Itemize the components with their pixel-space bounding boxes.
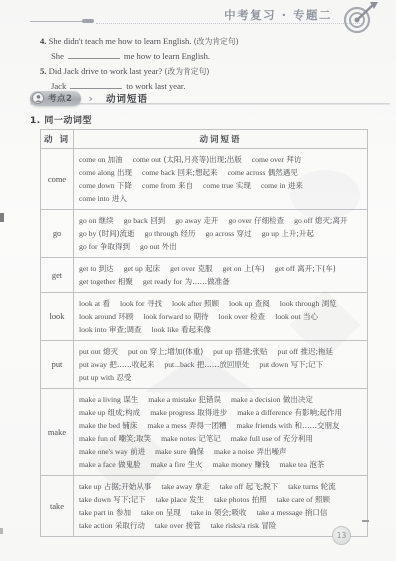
phrase-chinese: 外出 <box>159 242 176 251</box>
phrases-cell: make a living 谋生make a mistake 犯错误make a… <box>74 389 368 476</box>
phrase-chinese: 忍受 <box>114 373 131 382</box>
phrase-chinese: 充分利用 <box>281 434 313 443</box>
phrase-chinese: 走开 <box>201 216 218 225</box>
phrases-cell: get to 到达get up 起床get over 克服get on 上(车)… <box>74 258 368 293</box>
phrase-chinese: 穿过 <box>234 229 251 238</box>
phrase-entry: put up 搭建;张贴 <box>213 345 267 358</box>
phrase-english: come into <box>79 194 110 203</box>
verb-cell: look <box>41 293 74 341</box>
exercise-question: 4. She didn't teach me how to learn Engl… <box>40 34 380 49</box>
phrase-english: come out <box>133 155 161 164</box>
phrase-english: come in <box>261 181 286 190</box>
target-dart-icon <box>340 1 380 35</box>
phrase-entry: look at 看 <box>79 297 110 310</box>
phrase-english: come on <box>79 155 105 164</box>
phrase-chinese: 回到 <box>148 216 165 225</box>
phrase-english: look forward to <box>143 312 191 321</box>
table-row: getget to 到达get up 起床get over 克服get on 上… <box>41 258 368 293</box>
phrase-entry: look forward to 期待 <box>143 310 208 323</box>
phrase-entry: come on 加油 <box>79 153 123 166</box>
phrase-chinese: 起床 <box>143 264 160 273</box>
phrase-entry: come back 回来;想起来 <box>142 166 218 179</box>
phrase-entry: go through 经历 <box>145 227 196 240</box>
phrase-chinese: 浏览 <box>319 299 336 308</box>
phrases-cell: take up 占据;开始从事take away 拿走take off 起飞;脱… <box>74 476 368 537</box>
phrase-entry: look like 看起来像 <box>151 323 211 336</box>
phrase-english: put up with <box>79 373 114 382</box>
phrase-english: look at <box>79 299 100 308</box>
section-badge-label: 考点2 <box>48 92 72 104</box>
phrase-entry: look through 浏览 <box>280 297 337 310</box>
phrase-english: put out <box>79 347 101 356</box>
page-number-badge: 13 <box>332 526 351 545</box>
phrase-english: make progress <box>150 408 195 417</box>
subsection-number: 1. <box>30 116 41 126</box>
phrase-english: get up <box>124 264 143 273</box>
phrase-entry: take up 占据;开始从事 <box>79 480 151 493</box>
phrase-entry: look around 环顾 <box>79 310 133 323</box>
phrase-english: make a living <box>79 395 121 404</box>
phrase-entry: make a difference 有影响;起作用 <box>237 406 342 419</box>
phrase-english: make one's way <box>79 447 128 456</box>
phrase-entry: get together 相聚 <box>79 275 133 288</box>
phrase-chinese: 拿走 <box>192 482 209 491</box>
phrase-english: make a noise <box>214 447 254 456</box>
phrase-english: take action <box>79 521 113 530</box>
phrase-entry: get over 克服 <box>170 262 212 275</box>
phrase-english: come across <box>228 168 266 177</box>
phrase-entry: look out 当心 <box>275 310 318 323</box>
phrase-english: put away <box>79 360 107 369</box>
phrase-chinese: 当心 <box>301 312 318 321</box>
phrase-entry: make a noise 弄出噪声 <box>214 445 287 458</box>
phrase-chinese: 推迟;拖延 <box>298 347 333 356</box>
phrase-chinese: 犯错误 <box>196 395 221 404</box>
phrase-entry: go over 仔细检查 <box>228 214 284 227</box>
phrase-chinese: 看 <box>100 299 110 308</box>
phrase-chinese: (时间)流逝 <box>96 229 134 238</box>
phrase-entry: put...back 把……放回原处 <box>164 358 249 371</box>
phrases-cell: go on 继续go back 回到go away 走开go over 仔细检查… <box>74 210 368 258</box>
column-header-phrases: 动词短语 <box>74 130 368 149</box>
phrase-entry: take on 呈现 <box>141 506 181 519</box>
phrase-chinese: 熄灭 <box>101 347 118 356</box>
phrase-english: come down <box>79 181 115 190</box>
phrase-english: go for <box>79 242 98 251</box>
phrase-english: put up <box>213 347 232 356</box>
phrase-english: make a difference <box>237 408 292 417</box>
phrase-english: make a fire <box>151 460 186 469</box>
phrase-english: get on <box>222 264 241 273</box>
phrase-entry: come from 来自 <box>142 179 193 192</box>
phrase-entry: put away 把……收起来 <box>79 358 154 371</box>
phrase-chinese: 取得进步 <box>195 408 227 417</box>
verb-cell: go <box>41 210 74 258</box>
phrase-entry: go on 继续 <box>79 214 114 227</box>
phrase-english: take off <box>220 482 244 491</box>
phrase-entry: take down 写下;记下 <box>79 493 146 506</box>
phrase-english: take away <box>161 482 192 491</box>
phrase-chinese: 做出决定 <box>280 395 312 404</box>
phrase-entry: make progress 取得进步 <box>150 406 227 419</box>
phrase-entry: put off 推迟;拖延 <box>278 345 334 358</box>
phrase-entry: go for 争取得到 <box>79 240 130 253</box>
phrase-english: take up <box>79 482 101 491</box>
phrase-entry: make one's way 前进 <box>79 445 145 458</box>
phrase-english: get to <box>79 264 96 273</box>
phrase-table: 动 词 动词短语 comecome on 加油come out (太阳,月亮等)… <box>40 129 368 537</box>
phrase-english: make friends with <box>237 421 293 430</box>
phrase-chinese: 实现 <box>233 181 250 190</box>
exercise-note: (改为肯定句) <box>164 67 209 76</box>
phrase-chinese: 前进 <box>128 447 145 456</box>
phrase-english: put...back <box>164 360 194 369</box>
phrase-entry: put out 熄灭 <box>79 345 118 358</box>
phrase-chinese: 把……收起来 <box>107 360 154 369</box>
phrase-entry: come down 下降 <box>79 179 132 192</box>
phrase-english: make up <box>79 408 105 417</box>
phrase-chinese: 到达 <box>96 264 113 273</box>
phrase-chinese: 环顾 <box>116 312 133 321</box>
phrase-chinese: 加油 <box>105 155 122 164</box>
phrase-chinese: 来自 <box>176 181 193 190</box>
exercise-question: 5. Did Jack drive to work last year? (改为… <box>40 64 380 79</box>
phrase-english: make a mess <box>147 421 186 430</box>
phrase-english: come over <box>252 155 284 164</box>
phrase-entry: make tea 泡茶 <box>279 458 324 471</box>
table-row: gogo on 继续go back 回到go away 走开go over 仔细… <box>41 210 368 258</box>
phrase-english: get together <box>79 277 116 286</box>
person-icon <box>32 92 44 104</box>
phrase-entry: come across 偶然遇见 <box>228 166 298 179</box>
phrase-chinese: 生火 <box>185 460 202 469</box>
phrase-english: take risks/a risk <box>211 521 259 530</box>
phrase-chinese: 轮流 <box>318 482 335 491</box>
phrase-english: come back <box>142 168 175 177</box>
footer-dash <box>362 520 369 522</box>
header-rule-arrow <box>82 19 94 23</box>
verb-cell: make <box>41 389 74 476</box>
section-title: 动词短语 <box>106 94 148 105</box>
edge-mark <box>0 213 4 222</box>
phrase-english: go across <box>205 229 234 238</box>
phrase-entry: go away 走开 <box>175 214 218 227</box>
phrase-chinese: 下降 <box>115 181 132 190</box>
phrase-chinese: 检查 <box>248 312 265 321</box>
phrase-entry: make sure 确保 <box>155 445 204 458</box>
phrase-chinese: 相聚 <box>116 277 133 286</box>
phrase-english: make money <box>213 460 253 469</box>
phrase-chinese: 上(车) <box>241 264 264 273</box>
phrases-cell: look at 看look for 寻找look after 照顾look up… <box>74 293 368 341</box>
answer-blank <box>70 79 122 89</box>
phrase-entry: come along 出现 <box>79 166 132 179</box>
phrase-chinese: 写下;记下 <box>111 495 146 504</box>
phrase-entry: get to 到达 <box>79 262 114 275</box>
phrase-english: go away <box>175 216 201 225</box>
phrase-entry: look up 查阅 <box>229 297 270 310</box>
phrase-entry: look after 照顾 <box>172 297 219 310</box>
phrase-entry: go back 回到 <box>124 214 166 227</box>
phrase-entry: look into 审查;调查 <box>79 323 141 336</box>
phrase-entry: make friends with 和……交朋友 <box>237 419 340 432</box>
phrase-english: go off <box>294 216 312 225</box>
phrase-entry: go out 外出 <box>140 240 177 253</box>
phrase-english: come along <box>79 168 115 177</box>
exercise-number: 5. <box>40 66 46 76</box>
phrase-entry: look over 检查 <box>219 310 266 323</box>
phrase-english: look like <box>151 325 178 334</box>
phrase-english: get off <box>275 264 295 273</box>
phrase-chinese: 赚钱 <box>252 460 269 469</box>
table-row: comecome on 加油come out (太阳,月亮等)出现;出版come… <box>41 149 368 210</box>
exercise-text: Did Jack drive to work last year? <box>49 66 163 76</box>
exercise-number: 4. <box>40 36 46 46</box>
table-row: putput out 熄灭put on 穿上;增加(体重)put up 搭建;张… <box>41 341 368 389</box>
phrase-english: go back <box>124 216 148 225</box>
phrase-chinese: 看起来像 <box>179 325 211 334</box>
phrase-english: look up <box>229 299 252 308</box>
phrase-english: take over <box>155 521 183 530</box>
section-rule <box>30 103 390 105</box>
phrase-chinese: 记笔记 <box>196 434 221 443</box>
phrase-chinese: 领会;吸收 <box>212 508 247 517</box>
verb-cell: take <box>41 476 74 537</box>
phrase-english: go up <box>262 229 279 238</box>
answer-blank <box>68 49 120 59</box>
phrase-english: go over <box>228 216 251 225</box>
phrase-english: get ready for <box>143 277 182 286</box>
phrase-entry: go across 穿过 <box>205 227 251 240</box>
phrase-entry: take photos 拍照 <box>214 493 267 506</box>
phrase-english: get over <box>170 264 195 273</box>
phrase-chinese: 继续 <box>96 216 113 225</box>
phrase-entry: go by (时间)流逝 <box>79 227 135 240</box>
phrase-chinese: 经历 <box>178 229 195 238</box>
table-header-row: 动 词 动词短语 <box>41 130 368 149</box>
phrase-entry: make full use of 充分利用 <box>231 432 313 445</box>
phrase-entry: take risks/a risk 冒险 <box>211 519 277 532</box>
exercise-note: (改为肯定句) <box>194 37 239 46</box>
verb-cell: get <box>41 258 74 293</box>
phrase-chinese: 熄灭;离开 <box>313 216 348 225</box>
phrase-chinese: 泡茶 <box>307 460 324 469</box>
phrase-entry: come out (太阳,月亮等)出现;出版 <box>133 153 242 166</box>
phrase-chinese: 穿上;增加(体重) <box>147 347 203 356</box>
phrase-chinese: 参加 <box>114 508 131 517</box>
table-row: looklook at 看look for 寻找look after 照顾loo… <box>41 293 368 341</box>
table-row: makemake a living 谋生make a mistake 犯错误ma… <box>41 389 368 476</box>
chevron-right-icon: › <box>88 92 93 105</box>
phrase-entry: get on 上(车) <box>222 262 264 275</box>
phrase-english: make the bed <box>79 421 120 430</box>
phrase-chinese: 弄出噪声 <box>254 447 286 456</box>
subsection-text: 同一动词型 <box>44 116 92 126</box>
phrase-english: make fun of <box>79 434 116 443</box>
header-dotted-rule <box>96 23 362 24</box>
phrase-english: make sure <box>155 447 186 456</box>
phrase-chinese: 有影响;起作用 <box>292 408 342 417</box>
phrase-entry: put up with 忍受 <box>79 371 131 384</box>
phrase-chinese: 确保 <box>187 447 204 456</box>
phrase-entry: come in 进来 <box>261 179 303 192</box>
phrase-entry: go off 熄灭;离开 <box>294 214 347 227</box>
phrase-chinese: 出现 <box>115 168 132 177</box>
phrase-english: go by <box>79 229 96 238</box>
phrase-entry: make a living 谋生 <box>79 393 138 406</box>
phrase-chinese: 拍照 <box>249 495 266 504</box>
table-row: taketake up 占据;开始从事take away 拿走take off … <box>41 476 368 537</box>
phrase-entry: make money 赚钱 <box>213 458 270 471</box>
phrase-english: look after <box>172 299 202 308</box>
exercise-text: She didn't teach me how to learn English… <box>49 36 192 46</box>
section-header: 考点2 › 动词短语 <box>30 89 390 111</box>
phrase-english: take turns <box>288 482 318 491</box>
phrase-english: take care of <box>277 495 313 504</box>
phrase-entry: get ready for 为……做准备 <box>143 275 230 288</box>
phrase-english: make full use of <box>231 434 281 443</box>
phrase-entry: make a fire 生火 <box>151 458 203 471</box>
phrase-entry: make the bed 铺床 <box>79 419 137 432</box>
column-header-verb: 动 词 <box>41 130 74 149</box>
answer-prefix: She <box>51 51 64 61</box>
edge-mark <box>0 528 3 534</box>
phrase-english: go through <box>145 229 179 238</box>
phrase-entry: make a face 做鬼脸 <box>79 458 141 471</box>
phrase-entry: take over 接管 <box>155 519 201 532</box>
phrase-entry: come into 进入 <box>79 192 127 205</box>
phrase-entry: take part in 参加 <box>79 506 131 519</box>
phrase-english: put on <box>128 347 147 356</box>
phrase-english: look through <box>280 299 320 308</box>
exercise-answer-line: Sheme how to learn English. <box>51 49 380 64</box>
phrase-chinese: 上升;升起 <box>279 229 314 238</box>
verb-cell: come <box>41 149 74 210</box>
phrase-chinese: 进入 <box>110 194 127 203</box>
phrase-entry: take place 发生 <box>156 493 204 506</box>
phrase-english: take photos <box>214 495 249 504</box>
phrase-entry: come over 拜访 <box>252 153 302 166</box>
phrase-entry: put on 穿上;增加(体重) <box>128 345 203 358</box>
phrase-english: look for <box>120 299 145 308</box>
phrase-english: take in <box>191 508 212 517</box>
phrase-chinese: 照顾 <box>202 299 219 308</box>
phrase-chinese: 搭建;张贴 <box>233 347 268 356</box>
phrase-chinese: 回来;想起来 <box>175 168 217 177</box>
phrase-entry: make up 组成;构成 <box>79 406 140 419</box>
phrase-chinese: 铺床 <box>120 421 137 430</box>
phrase-chinese: 离开;下(车) <box>295 264 336 273</box>
phrase-table-body: comecome on 加油come out (太阳,月亮等)出现;出版come… <box>41 149 368 537</box>
phrases-cell: come on 加油come out (太阳,月亮等)出现;出版come ove… <box>74 149 368 210</box>
header-rule-line <box>30 21 86 22</box>
phrase-english: look over <box>219 312 248 321</box>
phrase-english: look out <box>275 312 300 321</box>
phrase-chinese: 期待 <box>191 312 208 321</box>
phrase-entry: take off 起飞;脱下 <box>220 480 278 493</box>
phrase-entry: take away 拿走 <box>161 480 209 493</box>
phrase-entry: make fun of 嘲笑;取笑 <box>79 432 151 445</box>
answer-suffix: me how to learn English. <box>124 51 210 61</box>
phrase-english: take part in <box>79 508 114 517</box>
phrase-entry: make a mess 弄得一团糟 <box>147 419 226 432</box>
phrase-english: come true <box>203 181 234 190</box>
phrase-chinese: 和……交朋友 <box>292 421 339 430</box>
phrase-english: put off <box>278 347 299 356</box>
phrase-english: take on <box>141 508 163 517</box>
phrase-chinese: 接管 <box>183 521 200 530</box>
phrase-chinese: 克服 <box>195 264 212 273</box>
phrase-entry: get off 离开;下(车) <box>275 262 336 275</box>
exercise-list: 4. She didn't teach me how to learn Engl… <box>40 34 380 94</box>
phrase-english: make a mistake <box>148 395 196 404</box>
phrase-chinese: 采取行动 <box>113 521 145 530</box>
phrase-chinese: 照顾 <box>313 495 330 504</box>
phrase-english: look around <box>79 312 116 321</box>
phrase-chinese: 查阅 <box>252 299 269 308</box>
phrase-chinese: 写下;记下 <box>288 360 323 369</box>
phrase-entry: take in 领会;吸收 <box>191 506 247 519</box>
phrase-english: put down <box>259 360 288 369</box>
phrase-chinese: 进来 <box>285 181 302 190</box>
section-badge: 考点2 <box>30 91 81 106</box>
phrase-english: make a decision <box>231 395 281 404</box>
phrase-chinese: 拜访 <box>284 155 301 164</box>
phrase-entry: put down 写下;记下 <box>259 358 323 371</box>
phrase-entry: make a mistake 犯错误 <box>148 393 221 406</box>
phrase-chinese: 冒险 <box>259 521 276 530</box>
phrases-cell: put out 熄灭put on 穿上;增加(体重)put up 搭建;张贴pu… <box>74 341 368 389</box>
phrase-chinese: 呈现 <box>163 508 180 517</box>
phrase-english: take a message <box>256 508 302 517</box>
phrase-entry: get up 起床 <box>124 262 160 275</box>
phrase-english: make a face <box>79 460 116 469</box>
phrase-entry: take turns 轮流 <box>288 480 336 493</box>
phrase-entry: go up 上升;升起 <box>262 227 314 240</box>
phrase-entry: make a decision 做出决定 <box>231 393 313 406</box>
phrase-english: look into <box>79 325 107 334</box>
phrase-chinese: 寻找 <box>145 299 162 308</box>
phrase-entry: take a message 捎口信 <box>256 506 327 519</box>
verb-cell: put <box>41 341 74 389</box>
phrase-english: go out <box>140 242 159 251</box>
phrase-english: take down <box>79 495 111 504</box>
subsection-title: 1. 同一动词型 <box>30 113 92 126</box>
phrase-chinese: 谋生 <box>121 395 138 404</box>
phrase-chinese: 为……做准备 <box>182 277 229 286</box>
page-header-title: 中考复习 · 专题二 <box>224 7 332 23</box>
phrase-entry: take action 采取行动 <box>79 519 145 532</box>
phrase-chinese: 占据;开始从事 <box>101 482 151 491</box>
phrase-chinese: 争取得到 <box>98 242 130 251</box>
phrase-english: come from <box>142 181 176 190</box>
phrase-entry: come true 实现 <box>203 179 251 192</box>
phrase-chinese: 嘲笑;取笑 <box>116 434 151 443</box>
phrase-english: take place <box>156 495 187 504</box>
phrase-english: go on <box>79 216 96 225</box>
phrase-entry: make notes 记笔记 <box>161 432 221 445</box>
phrase-chinese: 仔细检查 <box>252 216 284 225</box>
phrase-entry: look for 寻找 <box>120 297 162 310</box>
phrase-chinese: 偶然遇见 <box>265 168 297 177</box>
phrase-english: make tea <box>279 460 307 469</box>
phrase-chinese: 发生 <box>187 495 204 504</box>
phrase-chinese: 起飞;脱下 <box>243 482 278 491</box>
page-header: 中考复习 · 专题二 <box>0 0 396 32</box>
phrase-chinese: 组成;构成 <box>105 408 140 417</box>
phrase-english: make notes <box>161 434 196 443</box>
phrase-entry: take care of 照顾 <box>277 493 330 506</box>
